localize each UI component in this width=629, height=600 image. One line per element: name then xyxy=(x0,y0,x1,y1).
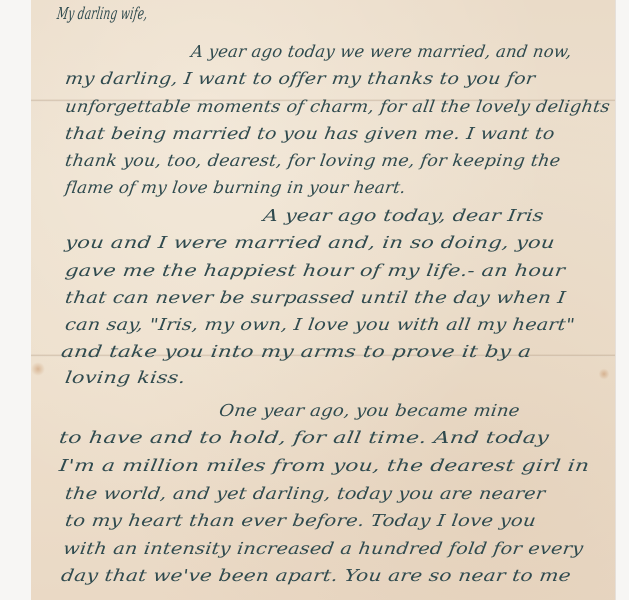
letter-text: My darling wife, A year ago today we wer… xyxy=(0,0,629,600)
letter-line: flame of my love burning in your heart. xyxy=(64,178,407,197)
letter-line: that being married to you has given me. … xyxy=(64,124,556,143)
letter-line: I'm a million miles from you, the deares… xyxy=(58,456,591,475)
scanned-letter: My darling wife, A year ago today we wer… xyxy=(0,0,629,600)
letter-line: gave me the happiest hour of my life.- a… xyxy=(64,261,566,280)
letter-line: with an intensity increased a hundred fo… xyxy=(62,539,585,558)
letter-line: to have and to hold, for all time. And t… xyxy=(58,428,550,447)
letter-line: A year ago today we were married, and no… xyxy=(190,42,573,61)
letter-line: to my heart than ever before. Today I lo… xyxy=(64,511,537,530)
letter-line: day that we've been apart. You are so ne… xyxy=(60,566,572,585)
letter-line: thank you, too, dearest, for loving me, … xyxy=(64,151,562,170)
letter-line: unforgettable moments of charm, for all … xyxy=(64,97,611,116)
salutation: My darling wife, xyxy=(56,4,149,23)
letter-line: the world, and yet darling, today you ar… xyxy=(64,484,547,503)
letter-line: can say, "Iris, my own, I love you with … xyxy=(64,315,576,334)
letter-line: and take you into my arms to prove it by… xyxy=(60,342,533,361)
letter-line: that can never be surpassed until the da… xyxy=(64,288,567,307)
letter-line: One year ago, you became mine xyxy=(218,401,521,420)
letter-line: A year ago today, dear Iris xyxy=(262,206,545,225)
letter-line: you and I were married and, in so doing,… xyxy=(64,233,556,252)
letter-line: my darling, I want to offer my thanks to… xyxy=(64,69,537,88)
letter-line: loving kiss. xyxy=(64,368,187,387)
